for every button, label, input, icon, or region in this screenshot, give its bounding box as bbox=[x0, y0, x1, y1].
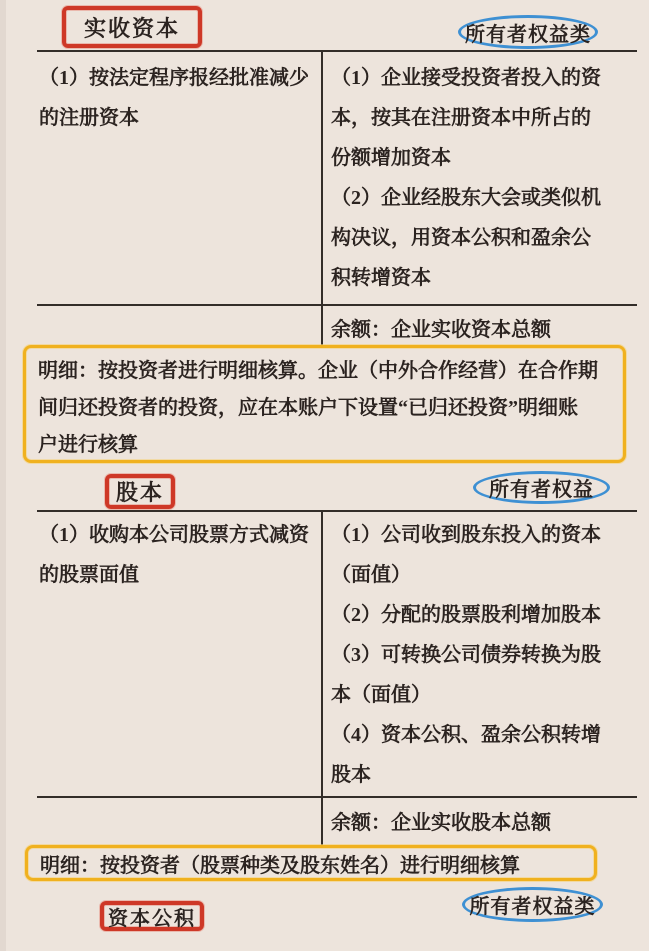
account2-debit-cell: （1）收购本公司股票方式减资 的股票面值 bbox=[39, 515, 319, 595]
detail-line: 明细：按投资者（股票种类及股东姓名）进行明细核算 bbox=[40, 849, 520, 878]
account1-divider-rule bbox=[321, 50, 323, 345]
credit-line: 本，按其在注册资本中所占的 bbox=[331, 98, 635, 138]
account1-category: 所有者权益类 bbox=[465, 18, 591, 47]
account1-title: 实收资本 bbox=[84, 12, 180, 43]
debit-line: 的注册资本 bbox=[39, 98, 319, 138]
account3-category: 所有者权益类 bbox=[470, 890, 596, 919]
account2-category: 所有者权益 bbox=[489, 473, 594, 502]
credit-line: （1）公司收到股东投入的资本 bbox=[331, 515, 635, 555]
account2-credit-cell: （1）公司收到股东投入的资本 （面值） （2）分配的股票股利增加股本 （3）可转… bbox=[331, 515, 635, 795]
credit-line: 构决议，用资本公积和盈余公 bbox=[331, 218, 635, 258]
account2-top-rule bbox=[37, 510, 637, 512]
scanned-accounting-note-page: 实收资本 所有者权益类 （1）按法定程序报经批准减少 的注册资本 （1）企业接受… bbox=[0, 0, 649, 951]
account1-detail-yellow-box: 明细：按投资者进行明细核算。企业（中外合作经营）在合作期 间归还投资者的投资，应… bbox=[23, 345, 626, 463]
debit-line: 的股票面值 bbox=[39, 555, 319, 595]
detail-line: 户进行核算 bbox=[38, 427, 615, 464]
account2-detail-yellow-box: 明细：按投资者（股票种类及股东姓名）进行明细核算 bbox=[25, 845, 597, 881]
debit-line: （1）收购本公司股票方式减资 bbox=[39, 515, 319, 555]
credit-line: （2）企业经股东大会或类似机 bbox=[331, 178, 635, 218]
credit-line: 积转增资本 bbox=[331, 258, 635, 298]
account3-category-blue-oval: 所有者权益类 bbox=[462, 887, 603, 922]
credit-line: 本（面值） bbox=[331, 675, 635, 715]
detail-line: 明细：按投资者进行明细核算。企业（中外合作经营）在合作期 bbox=[38, 353, 615, 390]
account1-balance-rule bbox=[37, 304, 637, 306]
account1-category-blue-oval: 所有者权益类 bbox=[458, 15, 598, 49]
debit-line: （1）按法定程序报经批准减少 bbox=[39, 58, 319, 98]
account2-balance-rule bbox=[37, 796, 637, 798]
detail-line: 间归还投资者的投资，应在本账户下设置“已归还投资”明细账 bbox=[38, 390, 615, 427]
account1-debit-cell: （1）按法定程序报经批准减少 的注册资本 bbox=[39, 58, 319, 138]
account2-balance: 余额：企业实收股本总额 bbox=[331, 803, 551, 843]
credit-line: （面值） bbox=[331, 555, 635, 595]
credit-line: 份额增加资本 bbox=[331, 138, 635, 178]
account1-balance: 余额：企业实收资本总额 bbox=[331, 310, 551, 350]
account1-top-rule bbox=[37, 50, 637, 52]
account2-title-red-box: 股本 bbox=[105, 474, 175, 509]
scan-edge-shade bbox=[0, 0, 6, 951]
account3-title: 资本公积 bbox=[108, 902, 196, 931]
credit-line: （4）资本公积、盈余公积转增 bbox=[331, 715, 635, 755]
account1-title-red-box: 实收资本 bbox=[62, 6, 202, 48]
credit-line: （1）企业接受投资者投入的资 bbox=[331, 58, 635, 98]
credit-line: （2）分配的股票股利增加股本 bbox=[331, 595, 635, 635]
credit-line: （3）可转换公司债券转换为股 bbox=[331, 635, 635, 675]
account2-category-blue-oval: 所有者权益 bbox=[473, 471, 610, 504]
credit-line: 股本 bbox=[331, 755, 635, 795]
account2-title: 股本 bbox=[116, 476, 164, 507]
account1-credit-cell: （1）企业接受投资者投入的资 本，按其在注册资本中所占的 份额增加资本 （2）企… bbox=[331, 58, 635, 298]
account3-title-red-box: 资本公积 bbox=[100, 901, 204, 931]
